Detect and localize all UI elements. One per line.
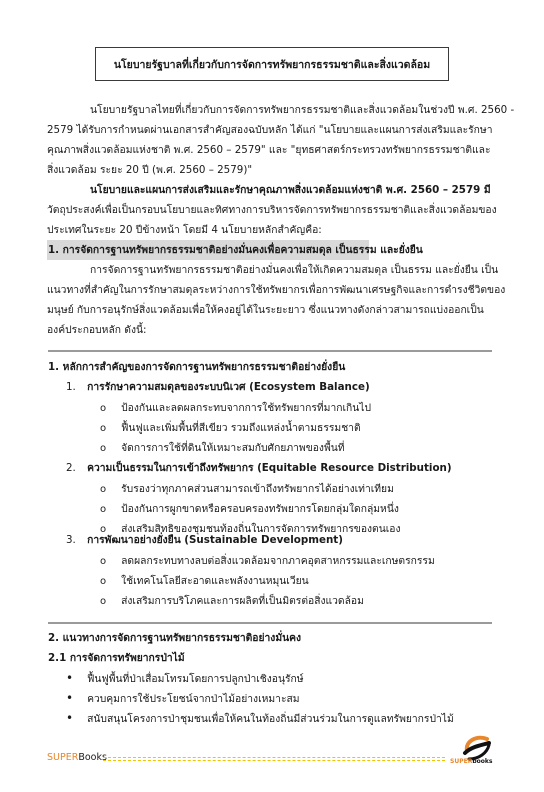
principle-3: 3. การพัฒนาอย่างยั่งยืน (Sustainable Dev… [66, 530, 343, 550]
principles-heading: 1. หลักการสำคัญของการจัดการฐานทรัพยากรธร… [48, 357, 345, 377]
principle-1-sub-2: oฟื้นฟูและเพิ่มพื้นที่สีเขียว รวมถึงแหล่… [100, 418, 361, 439]
circle-bullet-icon: o [100, 596, 106, 607]
principle-1: 1. การรักษาความสมดุลของระบบนิเวศ (Ecosys… [66, 377, 370, 397]
section-1-line-2: แนวทางที่สำคัญในการรักษาสมดุลระหว่างการใ… [47, 280, 505, 300]
intro-line-4: สิ่งแวดล้อม ระยะ 20 ปี (พ.ศ. 2560 – 2579… [47, 160, 252, 180]
approach-bullet-3: •สนับสนุนโครงการป่าชุมชนเพื่อให้คนในท้อง… [66, 708, 454, 729]
circle-bullet-icon: o [100, 576, 106, 587]
principle-number: 3. [66, 534, 76, 546]
circle-bullet-icon: o [100, 504, 106, 515]
logo-wordmark: SUPERbooks [450, 758, 492, 765]
document-title: นโยบายรัฐบาลที่เกี่ยวกับการจัดการทรัพยาก… [114, 56, 430, 73]
document-title-box: นโยบายรัฐบาลที่เกี่ยวกับการจัดการทรัพยาก… [95, 47, 449, 81]
policy-line-1: นโยบายและแผนการส่งเสริมและรักษาคุณภาพสิ่… [90, 180, 491, 200]
footer-dashed-line [103, 760, 445, 761]
principle-2-sub-2: oป้องกันการผูกขาดหรือครอบครองทรัพยากรโดย… [100, 499, 399, 520]
principle-1-sub-1: oป้องกันและลดผลกระทบจากการใช้ทรัพยากรที่… [100, 398, 371, 419]
principle-3-sub-2: oใช้เทคโนโลยีสะอาดและพลังงานหมุนเวียน [100, 571, 309, 592]
principle-2: 2. ความเป็นธรรมในการเข้าถึงทรัพยากร (Equ… [66, 458, 452, 478]
horizontal-rule [48, 622, 492, 624]
principle-label: การรักษาความสมดุลของระบบนิเวศ (Ecosystem… [87, 381, 370, 393]
principle-2-sub-1: oรับรองว่าทุกภาคส่วนสามารถเข้าถึงทรัพยาก… [100, 479, 394, 500]
circle-bullet-icon: o [100, 443, 106, 454]
circle-bullet-icon: o [100, 484, 106, 495]
policy-line-3: ประเทศในระยะ 20 ปีข้างหน้า โดยมี 4 นโยบา… [47, 220, 322, 240]
circle-bullet-icon: o [100, 556, 106, 567]
footer-brand: SUPERBooks [47, 752, 107, 763]
circle-bullet-icon: o [100, 423, 106, 434]
approach-bullet-1: •ฟื้นฟูพื้นที่ป่าเสื่อมโทรมโดยการปลูกป่า… [66, 668, 304, 689]
circle-bullet-icon: o [100, 403, 106, 414]
principle-label: การพัฒนาอย่างยั่งยืน (Sustainable Develo… [87, 534, 343, 546]
principle-label: ความเป็นธรรมในการเข้าถึงทรัพยากร (Equita… [87, 462, 451, 474]
bullet-icon: • [66, 691, 73, 705]
section-1-heading: 1. การจัดการฐานทรัพยากรธรรมชาติอย่างมั่น… [48, 240, 423, 260]
bullet-icon: • [66, 711, 73, 725]
intro-line-2: 2579 ได้รับการกำหนดผ่านเอกสารสำคัญสองฉบั… [47, 120, 492, 140]
principle-3-sub-1: oลดผลกระทบทางลบต่อสิ่งแวดล้อมจากภาคอุตสา… [100, 551, 435, 572]
intro-line-3: คุณภาพสิ่งแวดล้อมแห่งชาติ พ.ศ. 2560 – 25… [47, 140, 491, 160]
section-1-line-1: การจัดการฐานทรัพยากรธรรมชาติอย่างมั่นคงเ… [90, 260, 498, 280]
footer-brand-super: SUPER [47, 752, 78, 763]
horizontal-rule [48, 350, 492, 352]
footer-dashed-line [103, 757, 445, 758]
principle-1-sub-3: oจัดการการใช้ที่ดินให้เหมาะสมกับศักยภาพข… [100, 438, 345, 459]
intro-line-1: นโยบายรัฐบาลไทยที่เกี่ยวกับการจัดการทรัพ… [90, 100, 514, 120]
policy-bold-title: นโยบายและแผนการส่งเสริมและรักษาคุณภาพสิ่… [90, 184, 480, 196]
superbooks-logo: SUPERbooks [447, 733, 507, 769]
policy-bold-suffix: มี [480, 184, 490, 196]
approach-sub-heading: 2.1 การจัดการทรัพยากรป่าไม้ [48, 648, 185, 668]
approach-heading: 2. แนวทางการจัดการฐานทรัพยากรธรรมชาติอย่… [48, 628, 301, 648]
section-1-line-4: องค์ประกอบหลัก ดังนี้: [47, 320, 146, 340]
approach-bullet-2: •ควบคุมการใช้ประโยชน์จากป่าไม้อย่างเหมาะ… [66, 688, 300, 709]
bullet-icon: • [66, 671, 73, 685]
principle-3-sub-3: oส่งเสริมการบริโภคและการผลิตที่เป็นมิตรต… [100, 591, 364, 612]
principle-number: 2. [66, 462, 76, 474]
principle-number: 1. [66, 381, 76, 393]
section-1-line-3: มนุษย์ กับการอนุรักษ์สิ่งแวดล้อมเพื่อให้… [47, 300, 484, 320]
policy-line-2: วัตถุประสงค์เพื่อเป็นกรอบนโยบายและทิศทาง… [47, 200, 497, 220]
